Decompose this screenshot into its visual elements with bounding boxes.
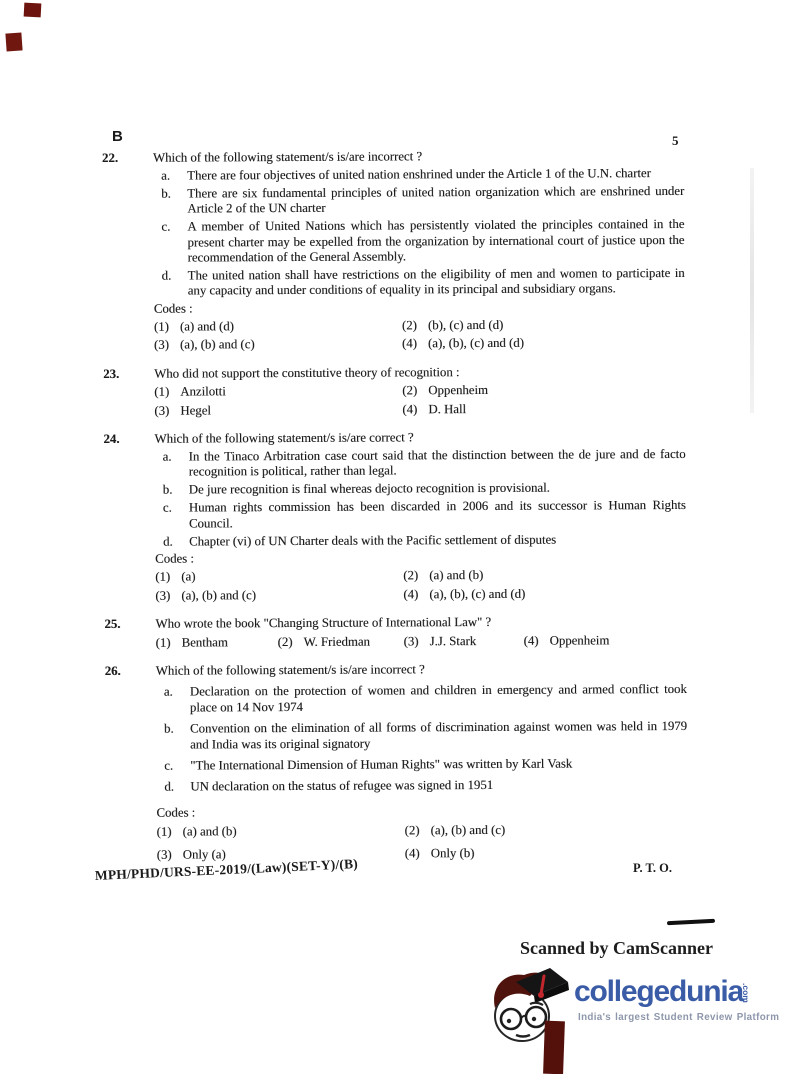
statement-letter: a. [163,450,189,481]
question-block: 26.Which of the following statement/s is… [103,661,688,863]
statement-row: a.In the Tinaco Arbitration case court s… [163,447,686,481]
option-number: (1) [155,570,181,586]
statement-text: There are six fundamental principles of … [187,184,684,217]
question-number: 23. [101,367,154,419]
option: (4)D. Hall [402,401,685,418]
pto-label: P. T. O. [633,861,672,876]
question-number: 25. [102,617,155,651]
statement-text: Convention on the elimination of all for… [190,719,687,752]
statement-text: A member of United Nations which has per… [187,217,684,266]
statement-letter: c. [164,759,190,775]
statement-list: a.There are four objectives of united na… [161,166,685,299]
statement-text: The united nation shall have restriction… [188,266,685,299]
option: (1)(a) and (b) [157,824,405,841]
option-number: (1) [154,320,180,336]
option-number: (4) [402,402,428,418]
options-row: (1)Anzilotti(2)Oppenheim(3)Hegel(4)D. Ha… [154,382,685,419]
option-text: Only (a) [183,847,226,861]
question-body: Which of the following statement/s is/ar… [154,429,686,604]
camscanner-credit: Scanned by CamScanner [520,938,713,959]
option: (1)Bentham [156,635,278,651]
statement-letter: b. [163,483,189,499]
statement-text: There are four objectives of united nati… [187,166,684,184]
option-number: (3) [155,588,181,604]
question-block: 24.Which of the following statement/s is… [101,429,686,604]
statement-list: a.Declaration on the protection of women… [164,682,688,795]
collegedunia-tld: .com [741,983,751,1003]
question-text: Who did not support the constitutive the… [154,364,685,382]
option: (2)Oppenheim [402,382,685,399]
option-text: (a) and (b) [183,825,237,839]
option-text: (a), (b) and (c) [180,338,255,352]
questions-area: 22.Which of the following statement/s is… [100,148,688,876]
statement-text: Chapter (vi) of UN Charter deals with th… [189,531,686,549]
option-number: (4) [524,633,550,649]
option-number: (3) [157,847,183,863]
statement-row: a.Declaration on the protection of women… [164,682,687,716]
option-text: W. Friedman [304,634,370,648]
statement-row: a.There are four objectives of united na… [161,166,684,184]
statement-row: c.A member of United Nations which has p… [161,217,684,266]
option-text: Bentham [182,635,228,649]
options-row: (1)(a)(2)(a) and (b)(3)(a), (b) and (c)(… [155,567,686,604]
statement-text: UN declaration on the status of refugee … [190,777,687,795]
question-number: 22. [100,151,154,354]
statement-letter: d. [162,268,188,299]
option-number: (4) [403,587,429,603]
statement-text: Declaration on the protection of women a… [190,682,687,715]
question-body: Which of the following statement/s is/ar… [153,148,685,354]
statement-text: Human rights commission has been discard… [189,498,686,531]
statement-text: De jure recognition is final whereas dej… [189,480,686,498]
option-text: D. Hall [428,402,466,416]
question-body: Who did not support the constitutive the… [154,364,685,419]
option-number: (3) [404,634,430,650]
option-text: Oppenheim [428,383,488,397]
option: (2)(a), (b) and (c) [405,822,688,839]
option-text: (a) and (b) [429,568,483,582]
option-text: (a), (b) and (c) [431,823,506,837]
option: (1)(a) [155,569,403,586]
scanned-exam-page: B 5 22.Which of the following statement/… [0,0,786,1074]
option: (2)W. Friedman [278,634,404,650]
scan-artifact-mark [24,3,42,18]
option: (4)Oppenheim [524,632,687,648]
statement-letter: d. [163,534,189,550]
option-number: (4) [402,337,428,353]
statement-row: d.The united nation shall have restricti… [162,266,685,300]
question-text: Which of the following statement/s is/ar… [156,661,687,679]
statement-letter: a. [164,685,190,716]
option: (3)J.J. Stark [404,633,524,649]
options-row: (1)(a) and (d)(2)(b), (c) and (d)(3)(a),… [154,317,685,354]
option-number: (2) [403,569,429,585]
scan-artifact-mark [5,32,22,51]
statement-row: d.UN declaration on the status of refuge… [164,777,687,795]
option-text: Oppenheim [550,633,610,647]
option-number: (1) [154,385,180,401]
codes-label: Codes : [155,549,686,567]
option: (1)Anzilotti [154,384,402,401]
option-number: (2) [278,635,304,651]
option-number: (2) [402,384,428,400]
question-body: Who wrote the book "Changing Structure o… [155,614,686,651]
option-number: (1) [157,825,183,841]
statement-row: b.There are six fundamental principles o… [161,184,684,218]
options-row: (1)Bentham(2)W. Friedman(3)J.J. Stark(4)… [156,632,687,650]
option-text: Only (b) [431,846,475,860]
statement-row: d.Chapter (vi) of UN Charter deals with … [163,531,686,549]
statement-letter: c. [163,501,189,532]
option: (4)Only (b) [405,845,688,862]
option-text: (a) and (d) [180,319,234,333]
option-text: (a) [181,570,195,584]
options-row: (1)(a) and (b)(2)(a), (b) and (c)(3)Only… [157,822,688,863]
question-block: 23.Who did not support the constitutive … [101,364,685,419]
statement-letter: a. [161,168,187,184]
statement-text: In the Tinaco Arbitration case court sai… [189,447,686,480]
option: (3)(a), (b) and (c) [155,587,403,604]
collegedunia-wordmark: collegedunia [574,975,743,1009]
option-number: (3) [154,338,180,354]
statement-list: a.In the Tinaco Arbitration case court s… [163,447,687,550]
collegedunia-tagline: India's largest Student Review Platform [578,1012,779,1023]
option: (2)(b), (c) and (d) [402,317,685,334]
option: (2)(a) and (b) [403,567,686,584]
statement-text: "The International Dimension of Human Ri… [190,756,687,774]
statement-row: b.De jure recognition is final whereas d… [163,480,686,498]
statement-row: c.Human rights commission has been disca… [163,498,686,532]
question-text: Which of the following statement/s is/ar… [153,148,684,166]
question-number: 26. [103,664,157,863]
scan-edge-smudge [750,168,754,413]
question-body: Which of the following statement/s is/ar… [156,661,688,863]
option: (4)(a), (b), (c) and (d) [402,335,685,352]
statement-row: c."The International Dimension of Human … [164,756,687,774]
option-text: (a), (b) and (c) [181,588,256,602]
question-block: 25.Who wrote the book "Changing Structur… [102,614,686,651]
option: (3)Hegel [154,402,402,419]
codes-label: Codes : [156,803,687,821]
statement-letter: b. [161,186,187,217]
question-block: 22.Which of the following statement/s is… [100,148,685,354]
option-number: (3) [154,403,180,419]
statement-letter: d. [164,780,190,796]
option-text: Anzilotti [180,385,226,399]
option-number: (2) [402,318,428,334]
statement-letter: b. [164,722,190,753]
option-text: (a), (b), (c) and (d) [429,587,525,602]
question-text: Which of the following statement/s is/ar… [154,429,685,447]
page-number: 5 [672,133,679,149]
option-number: (1) [156,635,182,651]
mascot-tie [543,1021,565,1074]
option-text: Hegel [180,403,211,417]
codes-label: Codes : [154,299,685,317]
scan-artifact-line [667,919,715,926]
set-code-label: B [112,128,123,145]
statement-letter: c. [161,220,187,266]
statement-row: b.Convention on the elimination of all f… [164,719,687,753]
question-text: Who wrote the book "Changing Structure o… [155,614,686,632]
question-number: 24. [101,432,155,604]
option-number: (2) [405,823,431,839]
option: (4)(a), (b), (c) and (d) [403,586,686,603]
option: (3)(a), (b) and (c) [154,337,402,354]
option-text: (a), (b), (c) and (d) [428,336,524,351]
option-text: J.J. Stark [430,634,477,648]
option-text: (b), (c) and (d) [428,318,503,332]
option-number: (4) [405,846,431,862]
option: (1)(a) and (d) [154,318,402,335]
